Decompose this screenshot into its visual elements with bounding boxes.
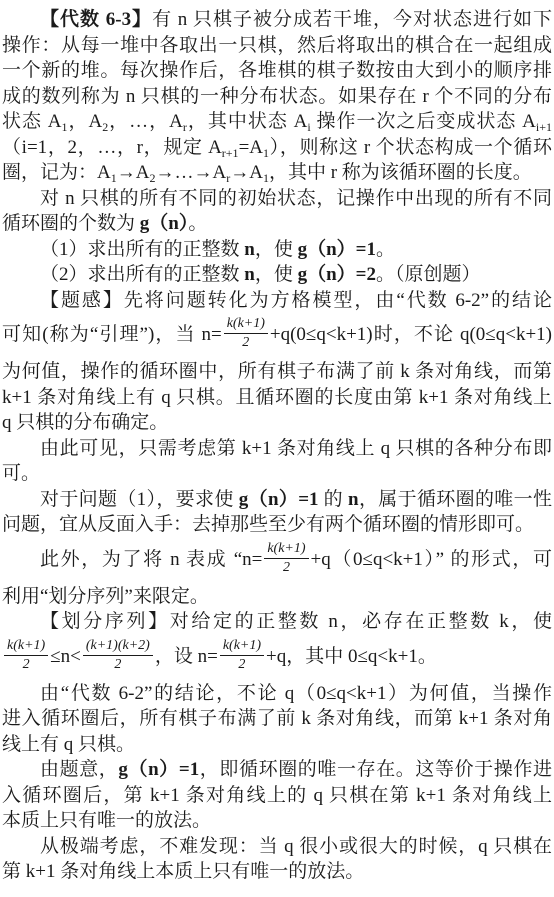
text-line: 由“代数 6-2”的结论，不论 q（0≤q<k+1）为何值，当操作 — [2, 681, 552, 707]
text-line: 【题感】先将问题转化为方格模型，由“代数 6-2”的结论 — [2, 288, 552, 314]
text-run: 从极端考虑，不难发现：当 q 很小或很大的时候，q 只棋在 — [40, 836, 552, 857]
fraction-denominator: 2 — [242, 334, 249, 351]
text-run: 可知(称为“引理”)，当 n= — [2, 324, 222, 345]
text-run: （1）求出所有的正整数 — [40, 239, 244, 260]
text-run: +q(0≤q<k+1)时，不论 q(0≤q<k+1) — [270, 324, 552, 345]
text-line: 成的数列称为 n 只棋的一种分布状态。如果存在 r 个不同的分布 — [2, 84, 552, 110]
text-line: q 只棋的分布确定。 — [2, 410, 552, 436]
text-run: 【题感】先将问题转化为方格模型，由“代数 6-2”的结论 — [40, 290, 552, 311]
inline-fraction: (k+1)(k+2)2 — [83, 638, 153, 673]
text-run: 一个新的堆。每次操作后，各堆棋的棋子数按由大到小的顺序排 — [2, 60, 552, 81]
text-run: 由“代数 6-2”的结论，不论 q（0≤q<k+1）为何值，当操作 — [40, 683, 552, 704]
text-run: g（n）=2 — [298, 264, 376, 285]
text-line: 入循环圈后，第 k+1 条对角线上的 q 只棋在第 k+1 条对角线上 — [2, 783, 552, 809]
text-line: 【代数 6-3】有 n 只棋子被分成若干堆，今对状态进行如下 — [2, 7, 552, 33]
fraction-numerator: k(k+1) — [220, 638, 264, 656]
text-run: 。 — [188, 213, 207, 234]
text-line: 一个新的堆。每次操作后，各堆棋的棋子数按由大到小的顺序排 — [2, 58, 552, 84]
text-run: 由题意， — [40, 759, 118, 780]
subscript: i+1 — [536, 120, 552, 134]
text-run: 循环圈的个数为 — [2, 213, 140, 234]
text-run: 。 — [376, 239, 395, 260]
text-run: 线上有 q 只棋。 — [2, 734, 135, 755]
text-line: （1）求出所有的正整数 n，使 g（n）=1。 — [2, 237, 552, 263]
text-line: 问题，宜从反面入手：去掉那些至少有两个循环圈的情形即可。 — [2, 512, 552, 538]
text-line: 圈，记为：A1→A2→…→Ar→A1，其中 r 称为该循环圈的长度。 — [2, 160, 552, 186]
fraction-numerator: k(k+1) — [264, 541, 308, 559]
text-run: →A — [230, 162, 263, 183]
text-run: ，设 n= — [155, 645, 218, 666]
text-run: 状态 A — [2, 111, 61, 132]
text-run: 【划分序列】对给定的正整数 n，必存在正整数 k，使 — [40, 611, 552, 632]
text-run: 进入循环圈后，所有棋子布满了前 k 条对角线，而第 k+1 条对角 — [2, 708, 552, 729]
text-run: n — [244, 239, 255, 260]
text-run: ，使 — [255, 239, 298, 260]
text-run: g（n） — [140, 213, 189, 234]
text-run: （i=1，2，…，r，规定 A — [2, 137, 222, 158]
text-run: 的 — [319, 489, 349, 510]
fraction-denominator: 2 — [283, 559, 290, 576]
text-line: 进入循环圈后，所有棋子布满了前 k 条对角线，而第 k+1 条对角 — [2, 706, 552, 732]
text-line: （i=1，2，…，r，规定 Ar+1=A1），则称这 r 个状态构成一个循环 — [2, 135, 552, 161]
text-line: 此外，为了将 n 表成 “n=k(k+1)2+q（0≤q<k+1）” 的形式，可 — [2, 538, 552, 584]
text-run: ，属于循环圈的唯一性 — [359, 489, 552, 510]
inline-fraction: k(k+1)2 — [224, 316, 268, 351]
text-line: 第 k+1 条对角线上本质上只有唯一的放法。 — [2, 859, 552, 885]
text-run: 为何值，操作的循环圈中，所有棋子布满了前 k 条对角线，而第 — [2, 361, 552, 382]
text-line: k(k+1)2≤n<(k+1)(k+2)2，设 n=k(k+1)2+q，其中 0… — [2, 635, 552, 681]
text-run: 利用“划分序列”来限定。 — [2, 586, 209, 607]
text-line: 从极端考虑，不难发现：当 q 很小或很大的时候，q 只棋在 — [2, 834, 552, 860]
text-run: ，使 — [255, 264, 298, 285]
text-run: ，即循环圈的唯一存在。这等价于操作进 — [199, 759, 552, 780]
text-run: 有 n 只棋子被分成若干堆，今对状态进行如下 — [152, 9, 552, 30]
text-run: =A — [239, 137, 263, 158]
text-line: 可。 — [2, 461, 552, 487]
text-run: 圈，记为：A — [2, 162, 111, 183]
text-line: 利用“划分序列”来限定。 — [2, 584, 552, 610]
fraction-denominator: 2 — [23, 656, 30, 673]
text-line: 由题意，g（n）=1，即循环圈的唯一存在。这等价于操作进 — [2, 757, 552, 783]
text-line: 操作：从每一堆中各取出一只棋，然后将取出的棋合在一起组成 — [2, 33, 552, 59]
text-run: k+1 条对角线上有 q 只棋。且循环圈的长度由第 k+1 条对角线上 — [2, 387, 552, 408]
text-run: 成的数列称为 n 只棋的一种分布状态。如果存在 r 个不同的分布 — [2, 86, 552, 107]
text-run: 操作一次之后变成状态 A — [311, 111, 536, 132]
inline-fraction: k(k+1)2 — [220, 638, 264, 673]
text-run: ，…，A — [108, 111, 183, 132]
text-run: （2）求出所有的正整数 — [40, 264, 244, 285]
text-run: n — [348, 489, 359, 510]
fraction-numerator: k(k+1) — [224, 316, 268, 334]
text-run: 可。 — [2, 463, 40, 484]
inline-fraction: k(k+1)2 — [264, 541, 308, 576]
text-run: q 只棋的分布确定。 — [2, 412, 168, 433]
text-run: 入循环圈后，第 k+1 条对角线上的 q 只棋在第 k+1 条对角线上 — [2, 785, 552, 806]
text-run: ，A — [67, 111, 102, 132]
text-run: 问题，宜从反面入手：去掉那些至少有两个循环圈的情形即可。 — [2, 514, 534, 535]
document-page: 【代数 6-3】有 n 只棋子被分成若干堆，今对状态进行如下操作：从每一堆中各取… — [0, 0, 554, 885]
text-line: 对于问题（1），要求使 g（n）=1 的 n，属于循环圈的唯一性 — [2, 487, 552, 513]
text-line: k+1 条对角线上有 q 只棋。且循环圈的长度由第 k+1 条对角线上 — [2, 385, 552, 411]
text-run: 对 n 只棋的所有不同的初始状态，记操作中出现的所有不同 — [40, 188, 552, 209]
fraction-denominator: 2 — [238, 656, 245, 673]
text-run: +q，其中 0≤q<k+1。 — [266, 645, 437, 666]
fraction-numerator: (k+1)(k+2) — [83, 638, 153, 656]
text-run: g（n）=1 — [239, 489, 319, 510]
text-run: 本质上只有唯一的放法。 — [2, 810, 211, 831]
fraction-numerator: k(k+1) — [4, 638, 48, 656]
text-run: ，其中 r 称为该循环圈的长度。 — [269, 162, 532, 183]
text-run: +q（0≤q<k+1）” 的形式，可 — [311, 548, 552, 569]
text-run: ≤n< — [50, 645, 81, 666]
text-line: 可知(称为“引理”)，当 n=k(k+1)2+q(0≤q<k+1)时，不论 q(… — [2, 313, 552, 359]
text-run: 第 k+1 条对角线上本质上只有唯一的放法。 — [2, 861, 364, 882]
text-run: ），则称这 r 个状态构成一个循环 — [269, 137, 552, 158]
text-run: g（n）=1 — [118, 759, 199, 780]
text-run: 【代数 6-3】 — [40, 9, 152, 30]
text-run: n — [244, 264, 255, 285]
text-line: 对 n 只棋的所有不同的初始状态，记操作中出现的所有不同 — [2, 186, 552, 212]
text-line: 循环圈的个数为 g（n）。 — [2, 211, 552, 237]
inline-fraction: k(k+1)2 — [4, 638, 48, 673]
text-line: 为何值，操作的循环圈中，所有棋子布满了前 k 条对角线，而第 — [2, 359, 552, 385]
text-line: 状态 A1，A2，…，Ar，其中状态 Ai 操作一次之后变成状态 Ai+1 — [2, 109, 552, 135]
text-run: 。（原创题） — [376, 264, 481, 285]
text-run: 由此可见，只需考虑第 k+1 条对角线上 q 只棋的各种分布即 — [40, 438, 552, 459]
text-line: 【划分序列】对给定的正整数 n，必存在正整数 k，使 — [2, 609, 552, 635]
text-line: 线上有 q 只棋。 — [2, 732, 552, 758]
text-line: 由此可见，只需考虑第 k+1 条对角线上 q 只棋的各种分布即 — [2, 436, 552, 462]
fraction-denominator: 2 — [114, 656, 121, 673]
text-line: （2）求出所有的正整数 n，使 g（n）=2。（原创题） — [2, 262, 552, 288]
text-run: →A — [117, 162, 150, 183]
text-run: g（n）=1 — [298, 239, 376, 260]
text-run: 此外，为了将 n 表成 “n= — [40, 548, 262, 569]
text-run: 操作：从每一堆中各取出一只棋，然后将取出的棋合在一起组成 — [2, 35, 552, 56]
text-line: 本质上只有唯一的放法。 — [2, 808, 552, 834]
subscript: r+1 — [222, 146, 239, 160]
text-run: 对于问题（1），要求使 — [40, 489, 239, 510]
text-run: ，其中状态 A — [187, 111, 307, 132]
text-run: →…→A — [155, 162, 226, 183]
